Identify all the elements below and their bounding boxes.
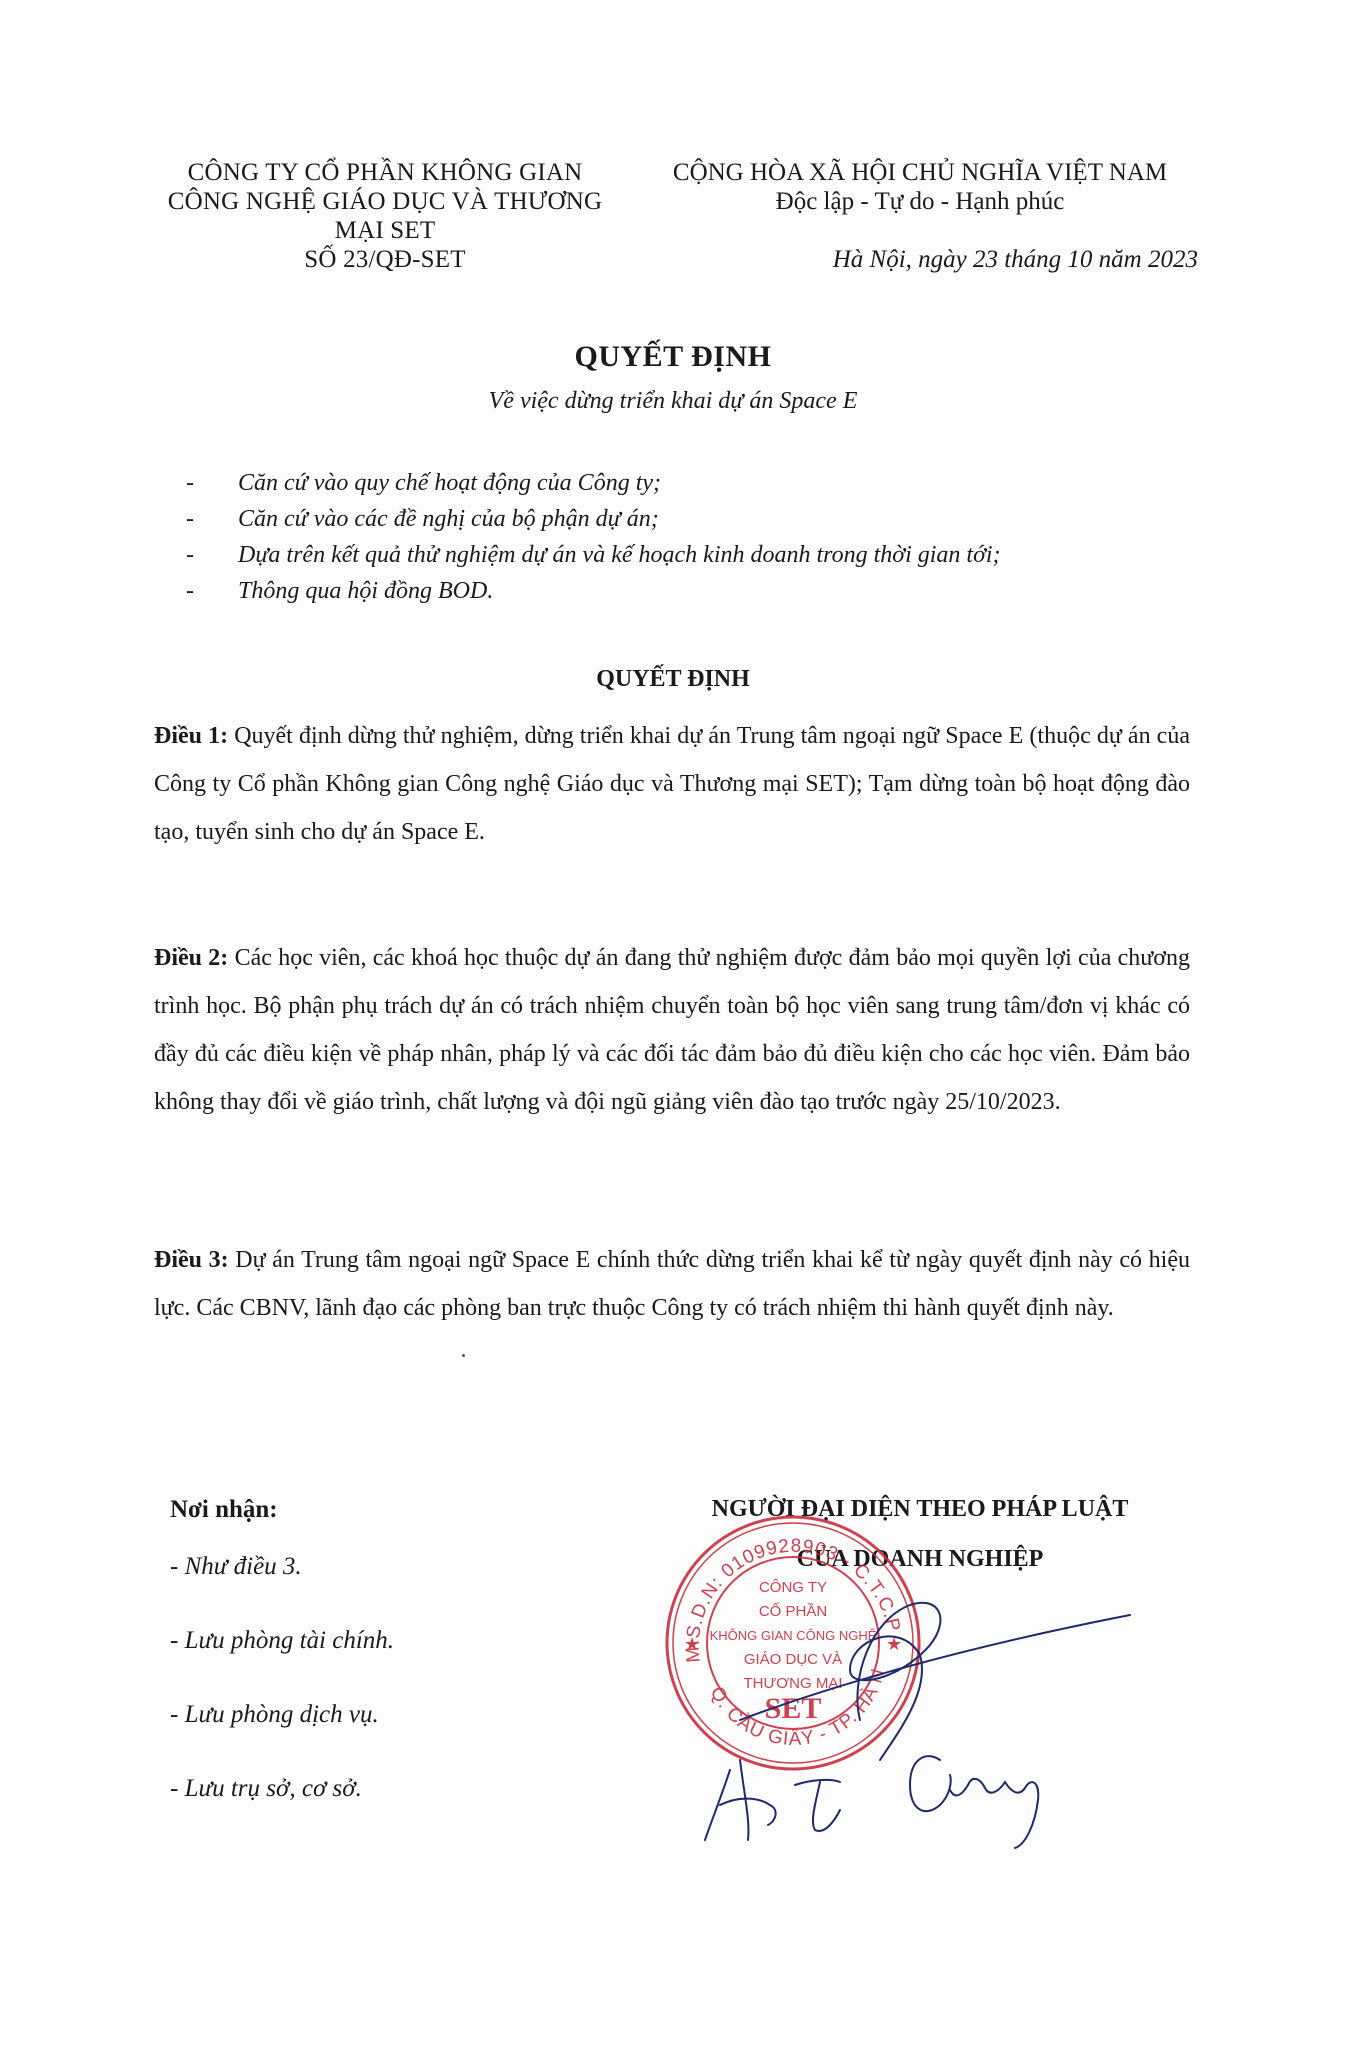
- legal-bases-list: - Căn cứ vào quy chế hoạt động của Công …: [186, 470, 1001, 614]
- document-subtitle: Về việc dừng triển khai dự án Space E: [0, 388, 1346, 415]
- national-motto: Độc lập - Tự do - Hạnh phúc: [630, 187, 1210, 216]
- svg-text:★: ★: [684, 1634, 700, 1654]
- bullet-dash: -: [186, 578, 238, 614]
- article-text: Các học viên, các khoá học thuộc dự án đ…: [154, 945, 1190, 1115]
- recipient-item: - Như điều 3.: [170, 1552, 394, 1626]
- legal-basis-text: Thông qua hội đồng BOD.: [238, 578, 493, 614]
- recipient-item: - Lưu phòng dịch vụ.: [170, 1700, 394, 1774]
- decision-heading: QUYẾT ĐỊNH: [0, 666, 1346, 693]
- handwritten-signature-icon: [700, 1560, 1220, 1850]
- document-title: QUYẾT ĐỊNH: [0, 340, 1346, 374]
- article-3: Điều 3: Dự án Trung tâm ngoại ngữ Space …: [154, 1236, 1190, 1332]
- legal-basis-item: - Căn cứ vào các đề nghị của bộ phận dự …: [186, 506, 1001, 542]
- legal-basis-text: Dựa trên kết quả thử nghiệm dự án và kế …: [238, 542, 1001, 578]
- document-number: SỐ 23/QĐ-SET: [160, 245, 610, 274]
- scan-speck: [462, 1354, 465, 1357]
- recipient-item: - Lưu phòng tài chính.: [170, 1626, 394, 1700]
- recipients-block: Nơi nhận: - Như điều 3. - Lưu phòng tài …: [170, 1496, 394, 1848]
- bullet-dash: -: [186, 542, 238, 578]
- recipient-item: - Lưu trụ sở, cơ sở.: [170, 1774, 394, 1848]
- article-label: Điều 2:: [154, 945, 228, 971]
- company-header: CÔNG TY CỔ PHẦN KHÔNG GIAN CÔNG NGHỆ GIÁ…: [160, 158, 610, 274]
- company-name-line-1: CÔNG TY CỔ PHẦN KHÔNG GIAN: [160, 158, 610, 187]
- article-text: Quyết định dừng thử nghiệm, dừng triển k…: [154, 723, 1190, 845]
- nation-name: CỘNG HÒA XÃ HỘI CHỦ NGHĨA VIỆT NAM: [630, 158, 1210, 187]
- legal-basis-item: - Thông qua hội đồng BOD.: [186, 578, 1001, 614]
- legal-basis-item: - Căn cứ vào quy chế hoạt động của Công …: [186, 470, 1001, 506]
- national-header: CỘNG HÒA XÃ HỘI CHỦ NGHĨA VIỆT NAM Độc l…: [630, 158, 1210, 274]
- recipients-label: Nơi nhận:: [170, 1496, 394, 1524]
- legal-basis-text: Căn cứ vào các đề nghị của bộ phận dự án…: [238, 506, 659, 542]
- decision-document: CÔNG TY CỔ PHẦN KHÔNG GIAN CÔNG NGHỆ GIÁ…: [0, 0, 1346, 2048]
- bullet-dash: -: [186, 470, 238, 506]
- company-name-line-2: CÔNG NGHỆ GIÁO DỤC VÀ THƯƠNG: [160, 187, 610, 216]
- legal-basis-text: Căn cứ vào quy chế hoạt động của Công ty…: [238, 470, 661, 506]
- bullet-dash: -: [186, 506, 238, 542]
- article-2: Điều 2: Các học viên, các khoá học thuộc…: [154, 934, 1190, 1126]
- article-1: Điều 1: Quyết định dừng thử nghiệm, dừng…: [154, 712, 1190, 856]
- company-name-line-3: MẠI SET: [160, 216, 610, 245]
- place-date: Hà Nội, ngày 23 tháng 10 năm 2023: [630, 245, 1210, 274]
- article-text: Dự án Trung tâm ngoại ngữ Space E chính …: [154, 1247, 1190, 1321]
- legal-basis-item: - Dựa trên kết quả thử nghiệm dự án và k…: [186, 542, 1001, 578]
- article-label: Điều 1:: [154, 723, 228, 749]
- article-label: Điều 3:: [154, 1247, 229, 1273]
